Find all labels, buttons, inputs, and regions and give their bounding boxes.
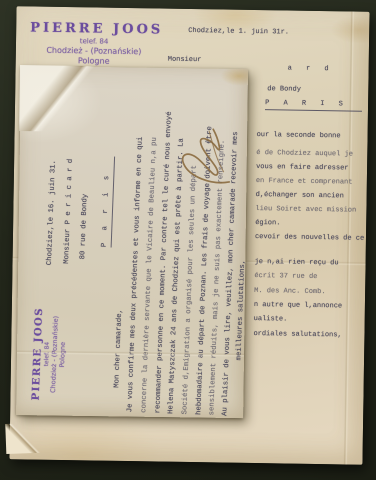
dateline-under: Chodziez,le 1. juin 31r. — [188, 27, 289, 37]
body-fragment: ordiales salutations, — [253, 330, 341, 339]
letter-over-content: PIERRE JOOS telef. 84 Chodzież - (Poznań… — [16, 66, 256, 422]
recipient-street-fragment: de Bondy — [267, 85, 301, 94]
letter-over: PIERRE JOOS telef. 84 Chodzież - (Poznań… — [16, 66, 248, 418]
recipient-city: P a r i s — [101, 156, 116, 248]
body-fragment: lieu Soiret avec mission — [255, 205, 356, 215]
body-fragment: ualiste. — [254, 315, 288, 324]
body-fragment: cevoir des nouvelles de ce — [255, 233, 364, 243]
letterhead-stamp-under: PIERRE JOOS telef. 84 Chodzież - (Poznań… — [30, 20, 159, 66]
recipient-name: Monsieur P e r i c a r d — [63, 159, 75, 264]
body-fragment: je n,ai rien reçu du — [255, 258, 339, 267]
body-fragment: n autre que l,annonce — [254, 301, 342, 310]
body-fragment: é de Chodziez auquel je — [256, 149, 353, 159]
body-fragment: en France et comprenant — [256, 177, 353, 187]
scan-background: PIERRE JOOS telef. 84 Chodzież - (Poznań… — [0, 0, 376, 480]
salutation: Mon cher camarade, — [113, 309, 124, 388]
body-fragment: écrit 37 rue de — [254, 272, 317, 281]
recipient-city-under: P A R I S — [265, 99, 362, 112]
recipient-salutation-under: Monsieur — [168, 56, 202, 65]
body-fragment: égion. — [255, 219, 280, 227]
body-fragment: our la seconde bonne — [257, 131, 341, 140]
closing-line: meilleures salutations, — [235, 260, 247, 361]
dateline-over: Chodziez,le 16. juin 31. — [46, 160, 58, 265]
body-fragment: d,échanger son ancien — [256, 191, 344, 200]
signature-ink — [171, 102, 246, 197]
recipient-name-fragment: a r d — [288, 65, 334, 74]
recipient-street: 80 rue de Bondy — [79, 194, 90, 260]
body-fragment: vous en faire adresser — [256, 163, 349, 172]
letterhead-stamp-over: PIERRE JOOS telef. 84 Chodzież - (Poznań… — [30, 299, 68, 410]
stamp-name: PIERRE JOOS — [30, 20, 158, 37]
body-fragment: M. des Anc. Comb. — [254, 287, 326, 296]
